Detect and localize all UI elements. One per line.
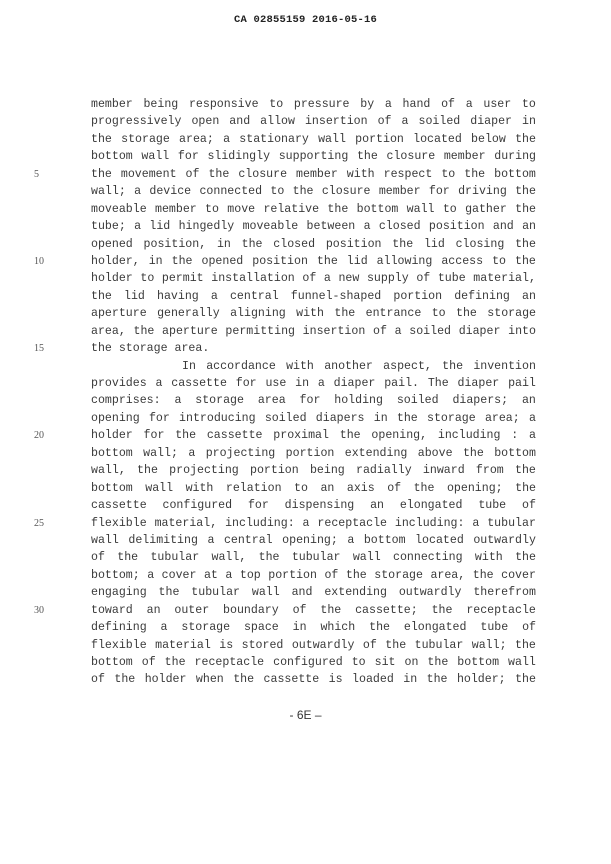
- text-line: 25flexiblematerial,including:areceptacle…: [91, 515, 536, 532]
- text-line: walldelimitingacentralopening;abottomloc…: [91, 532, 536, 549]
- line-text: holdertopermitinstallationofanewsupplyof…: [91, 270, 536, 287]
- text-line: bottom;acoveratatopportionofthestoragear…: [91, 567, 536, 584]
- line-number: 10: [34, 253, 54, 270]
- text-line: comprises:astorageareaforholdingsoileddi…: [91, 392, 536, 409]
- text-line: memberbeingresponsivetopressurebyahandof…: [91, 96, 536, 113]
- line-text: holderforthecassetteproximaltheopening,i…: [91, 427, 536, 444]
- line-text: definingastoragespaceinwhichtheelongated…: [91, 619, 536, 636]
- line-number: 20: [34, 427, 54, 444]
- line-text: flexiblematerialisstoredoutwardlyofthetu…: [91, 637, 536, 654]
- line-text: bottomwallforslidinglysupportingtheclosu…: [91, 148, 536, 165]
- line-text: cassetteconfiguredfordispensinganelongat…: [91, 497, 536, 514]
- text-line: flexiblematerialisstoredoutwardlyofthetu…: [91, 637, 536, 654]
- text-line: engagingthetubularwallandextendingoutwar…: [91, 584, 536, 601]
- line-text: openingforintroducingsoileddiapersinthes…: [91, 410, 536, 427]
- text-line: 20holderforthecassetteproximaltheopening…: [91, 427, 536, 444]
- line-number: 15: [34, 340, 54, 357]
- text-line: cassetteconfiguredfordispensinganelongat…: [91, 497, 536, 514]
- line-number: 30: [34, 602, 54, 619]
- text-line: wall,theprojectingportionbeingradiallyin…: [91, 462, 536, 479]
- line-text: progressivelyopenandallowinsertionofasoi…: [91, 113, 536, 130]
- line-text: area,theaperturepermittinginsertionofaso…: [91, 323, 536, 340]
- page-number: - 6E –: [0, 708, 611, 722]
- line-number: 5: [34, 166, 54, 183]
- line-text: memberbeingresponsivetopressurebyahandof…: [91, 96, 536, 113]
- line-text: bottomwall;aprojectingportionextendingab…: [91, 445, 536, 462]
- text-line: progressivelyopenandallowinsertionofasoi…: [91, 113, 536, 130]
- text-line: bottomwallforslidinglysupportingtheclosu…: [91, 148, 536, 165]
- text-line: bottomwallwithrelationtoanaxisoftheopeni…: [91, 480, 536, 497]
- text-line: 10holder,intheopenedpositionthelidallowi…: [91, 253, 536, 270]
- text-line: tube;alidhingedlymoveablebetweenaclosedp…: [91, 218, 536, 235]
- text-line: definingastoragespaceinwhichtheelongated…: [91, 619, 536, 636]
- text-line: 5themovementoftheclosurememberwithrespec…: [91, 166, 536, 183]
- line-text: oftheholderwhenthecassetteisloadedintheh…: [91, 671, 536, 688]
- line-text: thestoragearea;astationarywallportionloc…: [91, 131, 536, 148]
- line-text: the storage area.: [91, 342, 209, 355]
- text-line: Inaccordancewithanotheraspect,theinventi…: [91, 358, 536, 375]
- text-line: thelidhavingacentralfunnel-shapedportion…: [91, 288, 536, 305]
- text-line: providesacassetteforuseinadiaperpail.The…: [91, 375, 536, 392]
- text-line: openingforintroducingsoileddiapersinthes…: [91, 410, 536, 427]
- line-text: engagingthetubularwallandextendingoutwar…: [91, 584, 536, 601]
- line-text: thelidhavingacentralfunnel-shapedportion…: [91, 288, 536, 305]
- line-text: comprises:astorageareaforholdingsoileddi…: [91, 392, 536, 409]
- line-text: ofthetubularwall,thetubularwallconnectin…: [91, 549, 536, 566]
- line-text: towardanouterboundaryofthecassette;there…: [91, 602, 536, 619]
- line-text: bottomofthereceptacleconfiguredtositonth…: [91, 654, 536, 671]
- line-text: themovementoftheclosurememberwithrespect…: [91, 166, 536, 183]
- line-text: bottomwallwithrelationtoanaxisoftheopeni…: [91, 480, 536, 497]
- text-line: thestoragearea;astationarywallportionloc…: [91, 131, 536, 148]
- line-text: tube;alidhingedlymoveablebetweenaclosedp…: [91, 218, 536, 235]
- text-line: aperturegenerallyaligningwiththeentrance…: [91, 305, 536, 322]
- document-header-id: CA 02855159 2016-05-16: [0, 14, 611, 26]
- line-text: Inaccordancewithanotheraspect,theinventi…: [182, 358, 536, 375]
- line-text: holder,intheopenedpositionthelidallowing…: [91, 253, 536, 270]
- line-text: wall;adeviceconnectedtotheclosurememberf…: [91, 183, 536, 200]
- text-line: 30towardanouterboundaryofthecassette;the…: [91, 602, 536, 619]
- line-number: 25: [34, 515, 54, 532]
- line-text: bottom;acoveratatopportionofthestoragear…: [91, 567, 536, 584]
- text-line: moveablemembertomoverelativethebottomwal…: [91, 201, 536, 218]
- text-line: openedposition,intheclosedpositionthelid…: [91, 236, 536, 253]
- text-line: wall;adeviceconnectedtotheclosurememberf…: [91, 183, 536, 200]
- text-line: bottomofthereceptacleconfiguredtositonth…: [91, 654, 536, 671]
- text-line: holdertopermitinstallationofanewsupplyof…: [91, 270, 536, 287]
- text-line: bottomwall;aprojectingportionextendingab…: [91, 445, 536, 462]
- line-text: wall,theprojectingportionbeingradiallyin…: [91, 462, 536, 479]
- line-text: flexiblematerial,including:areceptaclein…: [91, 515, 536, 532]
- line-text: walldelimitingacentralopening;abottomloc…: [91, 532, 536, 549]
- line-text: providesacassetteforuseinadiaperpail.The…: [91, 375, 536, 392]
- text-line: oftheholderwhenthecassetteisloadedintheh…: [91, 671, 536, 688]
- line-text: moveablemembertomoverelativethebottomwal…: [91, 201, 536, 218]
- text-line: 15the storage area.: [91, 340, 536, 357]
- document-body: memberbeingresponsivetopressurebyahandof…: [91, 96, 536, 689]
- text-line: area,theaperturepermittinginsertionofaso…: [91, 323, 536, 340]
- line-text: aperturegenerallyaligningwiththeentrance…: [91, 305, 536, 322]
- line-text: openedposition,intheclosedpositionthelid…: [91, 236, 536, 253]
- text-line: ofthetubularwall,thetubularwallconnectin…: [91, 549, 536, 566]
